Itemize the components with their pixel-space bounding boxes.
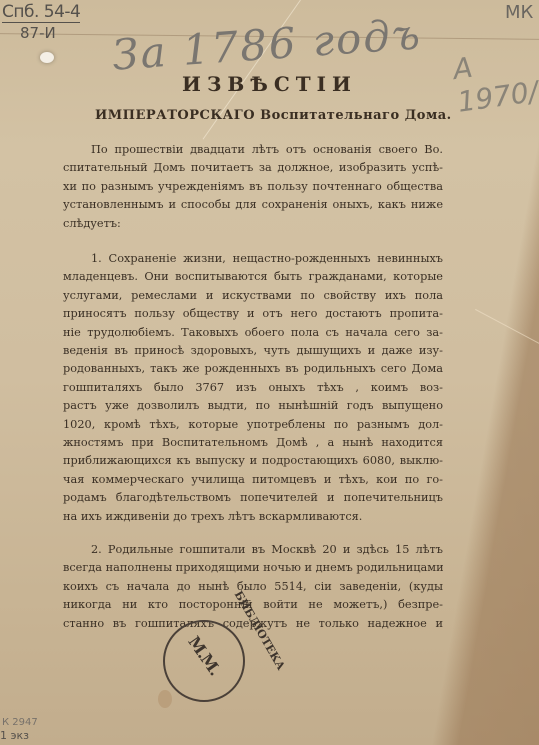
text-line: приносятъ пользу обществу и отъ него дос… [63,305,443,323]
section-1-paragraph: 1. Сохраненіе жизни, нещастно-рожденныхъ… [63,250,443,526]
text-line: слѣдуетъ: [63,215,443,233]
text-line: гошпиталяхъ было 3767 изъ оныхъ тѣхъ , к… [63,379,443,397]
text-line: спитательный Домъ почитаетъ за должное, … [63,159,443,177]
inventory-annotation: К 2947 [2,717,38,728]
document-subtitle: ИМПЕРАТОРСКАГО Воспитательнаго Дома. [95,108,452,123]
text-line: родамъ благодѣтельствомъ попечителей и п… [63,489,443,507]
stamp-center-text: М.М. [184,633,224,679]
text-line: чая коммерческаго училища питомцевъ и тѣ… [63,471,443,489]
text-line: младенцевъ. Они воспитываются быть гражд… [63,268,443,286]
text-line: коихъ съ начала до нынѣ было 5514, сіи з… [63,578,443,596]
text-line: родованныхъ, такъ же рожденныхъ въ родил… [63,360,443,378]
library-stamp: БИБЛІОТЕКА М.М. [163,620,245,702]
text-line: растъ уже дозволилъ выдти, по нынѣшній г… [63,397,443,415]
punch-hole [40,52,54,63]
text-line: на ихъ иждивеніи до трехъ лѣтъ вскармлив… [63,508,443,526]
document-title: ИЗВѢСТІИ [0,72,539,96]
text-line: 2. Родильные гошпитали въ Москвѣ 20 и зд… [63,541,443,559]
shelfmark-annotation: Спб. 54-4 [2,2,80,22]
text-line: 1. Сохраненіе жизни, нещастно-рожденныхъ… [63,250,443,268]
text-line: услугами, ремеслами и искуствами по свой… [63,287,443,305]
paper-stain [158,690,172,708]
handwritten-year-note: За 1786 годъ [111,9,424,79]
text-line: По прошествіи двадцати лѣтъ отъ основані… [63,141,443,159]
copy-count-annotation: 1 экз [0,729,29,742]
text-line: жностямъ при Воспитательномъ Домѣ , а ны… [63,434,443,452]
intro-paragraph: По прошествіи двадцати лѣтъ отъ основані… [63,141,443,233]
scanned-document-page: Спб. 54-4 87-И За 1786 годъ МК А 1970/44… [0,0,539,745]
shelfmark-sub-annotation: 87-И [20,24,56,42]
text-line: веденія въ приносѣ здоровыхъ, чуть дышущ… [63,342,443,360]
text-line: ніе трудолюбіемъ. Таковыхъ обоего пола с… [63,324,443,342]
text-line: 1020, кромѣ тѣхъ, которые употреблены по… [63,416,443,434]
text-line: установленнымъ и способы для сохраненія … [63,196,443,214]
corner-initials: МК [505,2,533,23]
text-line: всегда наполнены приходящими ночью и дне… [63,559,443,577]
text-line: приближающихся къ выпуску и подростающих… [63,452,443,470]
paper-crease [475,309,539,352]
text-line: хи по разнымъ учрежденіямъ въ пользу поч… [63,178,443,196]
